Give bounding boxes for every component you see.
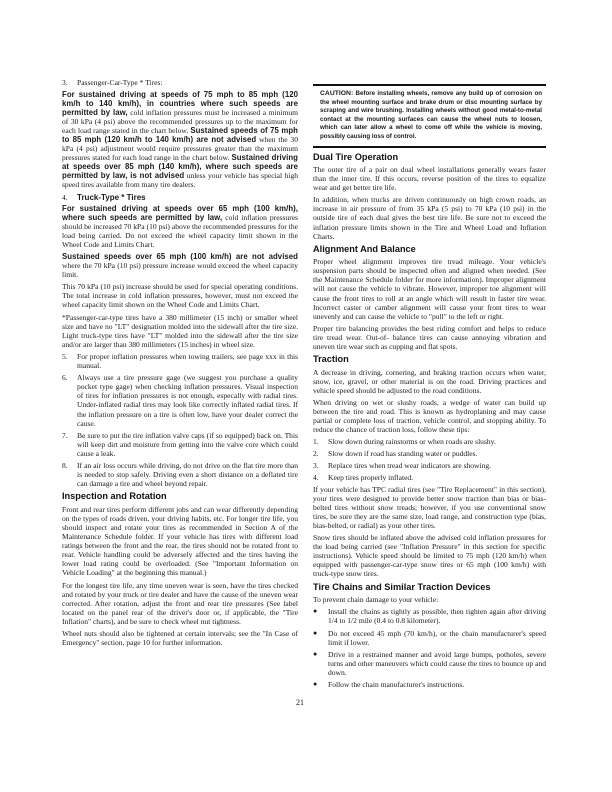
item-text: For proper inflation pressures when towi… bbox=[77, 352, 298, 370]
traction-paragraph: Snow tires should be inflated above the … bbox=[313, 533, 546, 578]
inspection-paragraph: For the longest tire life, any time unev… bbox=[62, 581, 298, 626]
item-text: Replace tires when tread wear indicators… bbox=[328, 461, 546, 470]
section-heading-inspection: Inspection and Rotation bbox=[62, 491, 298, 502]
item-number: 5. bbox=[62, 352, 77, 370]
inspection-paragraph: Wheel nuts should also be tightened at c… bbox=[62, 629, 298, 647]
chain-bullet: ●Drive in a restrained manner and avoid … bbox=[313, 650, 546, 677]
bullet-icon: ● bbox=[313, 680, 328, 689]
chain-bullet: ●Install the chains as tightly as possib… bbox=[313, 607, 546, 625]
caution-box: CAUTION: Before installing wheels, remov… bbox=[313, 84, 546, 148]
truck-tire-paragraph-3: This 70 kPa (10 psi) increase should be … bbox=[62, 282, 298, 309]
item-text: If an air loss occurs while driving, do … bbox=[77, 461, 298, 488]
bullet-icon: ● bbox=[313, 629, 328, 647]
traction-paragraph: A decrease in driving, cornering, and br… bbox=[313, 368, 546, 395]
tire-type-footnote: *Passenger-car-type tires have a 380 mil… bbox=[62, 313, 298, 349]
item-text: Be sure to put the tire inflation valve … bbox=[77, 431, 298, 458]
passenger-tire-paragraph: For sustained driving at speeds of 75 mp… bbox=[62, 90, 298, 190]
alignment-paragraph: Proper tire balancing provides the best … bbox=[313, 324, 546, 351]
tip-item: 1.Slow down during rainstorms or when ro… bbox=[313, 437, 546, 446]
item-number: 4. bbox=[313, 473, 328, 482]
left-column: 3. Passenger-Car-Type * Tires: For susta… bbox=[62, 78, 298, 650]
item-number: 7. bbox=[62, 431, 77, 458]
item-heading: Truck-Type * Tires bbox=[77, 193, 146, 202]
bullet-icon: ● bbox=[313, 650, 328, 677]
item-text: Keep tires properly inflated. bbox=[328, 473, 546, 482]
traction-paragraph: If your vehicle has TPC radial tires (se… bbox=[313, 485, 546, 530]
list-item: 7.Be sure to put the tire inflation valv… bbox=[62, 431, 298, 458]
list-item: 6.Always use a tire pressure gage (we su… bbox=[62, 373, 298, 427]
list-item: 8.If an air loss occurs while driving, d… bbox=[62, 461, 298, 488]
truck-tire-paragraph-1: For sustained driving at speeds over 65 … bbox=[62, 204, 298, 249]
section-heading-alignment: Alignment And Balance bbox=[313, 244, 546, 255]
inspection-paragraph: Front and rear tires perform different j… bbox=[62, 505, 298, 577]
page-number: 21 bbox=[296, 698, 304, 707]
list-item: 5.For proper inflation pressures when to… bbox=[62, 352, 298, 370]
right-column: CAUTION: Before installing wheels, remov… bbox=[313, 84, 546, 692]
item-text: Always use a tire pressure gage (we sugg… bbox=[77, 373, 298, 427]
body-text: where the 70 kPa (10 psi) pressure incre… bbox=[62, 261, 298, 279]
bullet-text: Follow the chain manufacturer's instruct… bbox=[328, 680, 546, 689]
bullet-icon: ● bbox=[313, 607, 328, 625]
document-page: 3. Passenger-Car-Type * Tires: For susta… bbox=[0, 0, 612, 792]
dual-paragraph: The outer tire of a pair on dual wheel i… bbox=[313, 165, 546, 192]
caution-text: Before installing wheels, remove any bui… bbox=[320, 90, 542, 140]
item-number: 3. bbox=[62, 78, 77, 87]
item-text: Slow down if road has standing water or … bbox=[328, 449, 546, 458]
item-number: 1. bbox=[313, 437, 328, 446]
item-number: 4. bbox=[62, 193, 77, 202]
section-heading-traction: Traction bbox=[313, 354, 546, 365]
tip-item: 3.Replace tires when tread wear indicato… bbox=[313, 461, 546, 470]
item-heading: Passenger-Car-Type * Tires: bbox=[77, 78, 298, 87]
bold-text: Sustained speeds over 65 mph (100 km/h) … bbox=[62, 252, 298, 261]
item-number: 3. bbox=[313, 461, 328, 470]
chain-bullet: ●Follow the chain manufacturer's instruc… bbox=[313, 680, 546, 689]
item-text: Slow down during rainstorms or when road… bbox=[328, 437, 546, 446]
section-heading-dual-tire: Dual Tire Operation bbox=[313, 152, 546, 163]
tip-item: 2.Slow down if road has standing water o… bbox=[313, 449, 546, 458]
chains-intro: To prevent chain damage to your vehicle: bbox=[313, 595, 546, 604]
item-3-heading: 3. Passenger-Car-Type * Tires: bbox=[62, 78, 298, 87]
chain-bullet: ●Do not exceed 45 mph (70 km/h), or the … bbox=[313, 629, 546, 647]
item-number: 6. bbox=[62, 373, 77, 427]
item-number: 8. bbox=[62, 461, 77, 488]
bullet-text: Drive in a restrained manner and avoid l… bbox=[328, 650, 546, 677]
truck-tire-paragraph-2: Sustained speeds over 65 mph (100 km/h) … bbox=[62, 252, 298, 279]
item-number: 2. bbox=[313, 449, 328, 458]
bullet-text: Do not exceed 45 mph (70 km/h), or the c… bbox=[328, 629, 546, 647]
alignment-paragraph: Proper wheel alignment improves tire tre… bbox=[313, 257, 546, 320]
bullet-text: Install the chains as tightly as possibl… bbox=[328, 607, 546, 625]
section-heading-tire-chains: Tire Chains and Similar Traction Devices bbox=[313, 582, 546, 593]
item-4-heading: 4. Truck-Type * Tires bbox=[62, 193, 298, 202]
traction-paragraph: When driving on wet or slushy roads, a w… bbox=[313, 398, 546, 434]
caution-label: CAUTION: bbox=[320, 90, 353, 97]
tip-item: 4.Keep tires properly inflated. bbox=[313, 473, 546, 482]
dual-paragraph: In addition, when trucks are driven cont… bbox=[313, 195, 546, 240]
